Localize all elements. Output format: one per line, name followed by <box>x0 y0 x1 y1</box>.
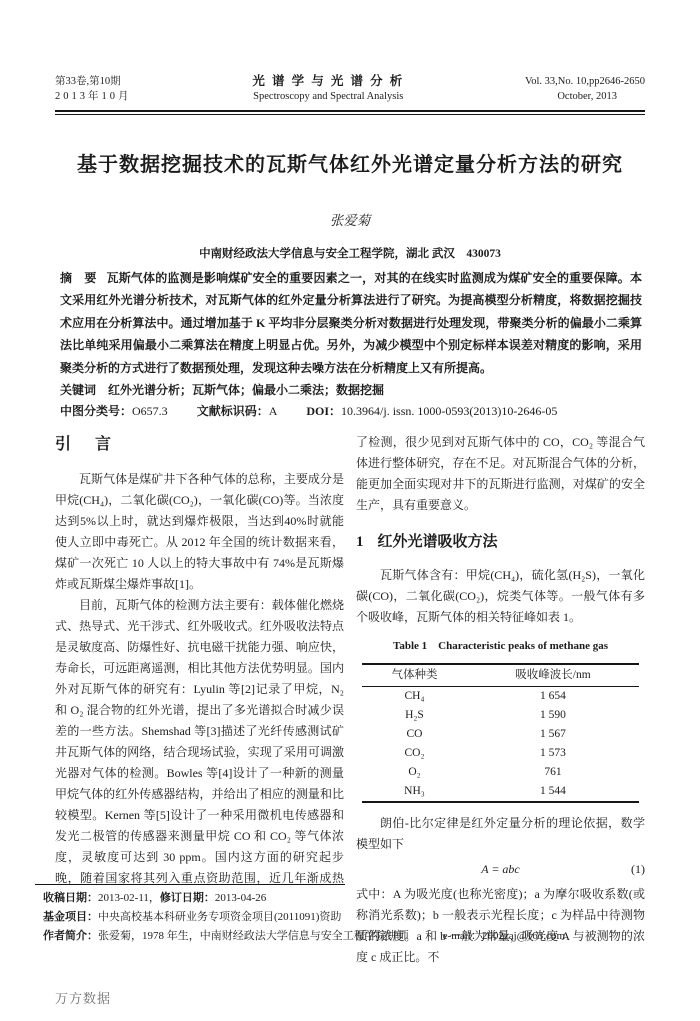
doi-value: 10.3964/j. issn. 1000-0593(2013)10-2646-… <box>341 404 557 418</box>
characteristic-peaks-table: 气体种类 吸收峰波长/nm CH₄ 1 654 H₂S 1 590 CO <box>362 663 639 803</box>
introduction-paragraph-2: 目前，瓦斯气体的检测方法主要有：载体催化燃烧式、热导式、光干涉式、红外吸收式。红… <box>55 595 344 888</box>
header-volume-issue: 第33卷,第10期 2013年10月 <box>55 74 132 104</box>
email-label: e-mail： <box>443 930 482 942</box>
gas-wavelength: 1 567 <box>467 725 639 744</box>
footnote-bio: 作者简介：张爱菊，1978 年生，中南财经政法大学信息与安全工程学院讲师e-ma… <box>35 927 667 946</box>
table-header-gas-type: 气体种类 <box>362 664 467 687</box>
gas-wavelength: 761 <box>467 763 639 782</box>
fund-text: 中央高校基本科研业务专项资金项目(2011091)资助 <box>98 911 341 923</box>
table-row: NH₃ 1 544 <box>362 782 639 802</box>
table-row: CO 1 567 <box>362 725 639 744</box>
journal-title-en: Spectroscopy and Spectral Analysis <box>252 89 404 104</box>
clc-value: O657.3 <box>132 404 168 418</box>
table-row: O₂ 761 <box>362 763 639 782</box>
header-journal-title: 光 谱 学 与 光 谱 分 析 Spectroscopy and Spectra… <box>252 74 404 104</box>
classification-line: 中图分类号：O657.3 文献标识码：A DOI：10.3964/j. issn… <box>60 402 642 419</box>
article-affiliation: 中南财经政法大学信息与安全工程学院，湖北 武汉 430073 <box>0 245 700 261</box>
wanfang-watermark: 万方数据 <box>55 988 111 1007</box>
gas-name: CH₄ <box>362 687 467 707</box>
doi-label: DOI： <box>306 404 341 418</box>
equation-expression: A = abc <box>481 859 520 880</box>
introduction-paragraph-1: 瓦斯气体是煤矿井下各种气体的总称，主要成分是甲烷(CH₄)，二氧化碳(CO₂)，… <box>55 469 344 595</box>
gas-wavelength: 1 590 <box>467 706 639 725</box>
gas-name: CO₂ <box>362 744 467 763</box>
received-label: 收稿日期： <box>43 892 98 904</box>
fund-label: 基金项目： <box>43 911 98 923</box>
revised-date: 2013-04-26 <box>215 892 266 904</box>
abstract-text: 瓦斯气体的监测是影响煤矿安全的重要因素之一，对其的在线实时监测成为煤矿安全的重要… <box>60 271 642 375</box>
left-column: 引 言 瓦斯气体是煤矿井下各种气体的总称，主要成分是甲烷(CH₄)，二氧化碳(C… <box>55 432 344 888</box>
section1-number: 1 <box>356 534 364 550</box>
received-date: 2013-02-11， <box>98 892 160 904</box>
table-row: CO₂ 1 573 <box>362 744 639 763</box>
section1-paragraph-2: 朗伯-比尔定律是红外定量分析的理论依据，数学模型如下 <box>356 813 645 855</box>
bio-label: 作者简介： <box>43 930 98 942</box>
article-title: 基于数据挖掘技术的瓦斯气体红外光谱定量分析方法的研究 <box>40 148 660 177</box>
abstract-label: 摘 要 <box>60 271 97 285</box>
keywords-text: 红外光谱分析；瓦斯气体；偏最小二乘法；数据挖掘 <box>108 383 384 397</box>
doc-code-label: 文献标识码： <box>197 404 269 418</box>
revised-label: 修订日期： <box>160 892 215 904</box>
section1-title: 红外光谱吸收方法 <box>378 534 498 550</box>
table-row: H₂S 1 590 <box>362 706 639 725</box>
gas-name: NH₃ <box>362 782 467 802</box>
abstract-block: 摘 要瓦斯气体的监测是影响煤矿安全的重要因素之一，对其的在线实时监测成为煤矿安全… <box>60 267 642 379</box>
gas-wavelength: 1 654 <box>467 687 639 707</box>
doc-code-value: A <box>269 404 278 418</box>
gas-name: CO <box>362 725 467 744</box>
gas-wavelength: 1 573 <box>467 744 639 763</box>
table1-caption: Table 1 Characteristic peaks of methane … <box>362 636 639 657</box>
footnote-block: 收稿日期：2013-02-11，修订日期：2013-04-26 基金项目：中央高… <box>35 884 667 946</box>
section1-paragraph-1: 瓦斯气体含有：甲烷(CH₄)，硫化氢(H₂S)，一氧化碳(CO)，二氧化碳(CO… <box>356 565 645 628</box>
keywords-label: 关键词 <box>60 383 96 397</box>
footnote-fund: 基金项目：中央高校基本科研业务专项资金项目(2011091)资助 <box>35 908 667 927</box>
continued-paragraph: 了检测，很少见到对瓦斯气体中的 CO，CO₂ 等混合气体进行整体研究，存在不足。… <box>356 432 645 516</box>
date-en: October, 2013 <box>525 89 645 104</box>
volume-issue-cn: 第33卷,第10期 <box>55 74 132 89</box>
equation-number: (1) <box>631 859 645 880</box>
volume-issue-en: Vol. 33,No. 10,pp2646-2650 <box>525 74 645 89</box>
gas-wavelength: 1 544 <box>467 782 639 802</box>
email-value: 2002zaj@163.com <box>482 930 565 942</box>
journal-header: 第33卷,第10期 2013年10月 光 谱 学 与 光 谱 分 析 Spect… <box>55 74 645 104</box>
gas-name: H₂S <box>362 706 467 725</box>
footnote-received: 收稿日期：2013-02-11，修订日期：2013-04-26 <box>35 889 667 908</box>
keywords-line: 关键词红外光谱分析；瓦斯气体；偏最小二乘法；数据挖掘 <box>60 381 642 398</box>
introduction-heading: 引 言 <box>55 434 344 455</box>
equation-1: A = abc (1) <box>356 859 645 880</box>
date-cn: 2013年10月 <box>55 89 132 104</box>
bio-text: 张爱菊，1978 年生，中南财经政法大学信息与安全工程学院讲师 <box>98 930 409 942</box>
table-row: CH₄ 1 654 <box>362 687 639 707</box>
gas-name: O₂ <box>362 763 467 782</box>
section1-heading: 1红外光谱吸收方法 <box>356 532 645 553</box>
footnote-rule <box>35 884 345 885</box>
header-volume-en: Vol. 33,No. 10,pp2646-2650 October, 2013 <box>525 74 645 104</box>
table1-block: Table 1 Characteristic peaks of methane … <box>362 636 639 803</box>
article-author: 张爱菊 <box>0 209 700 229</box>
header-divider-rule <box>55 110 645 115</box>
table-header-wavelength: 吸收峰波长/nm <box>467 664 639 687</box>
journal-title-cn: 光 谱 学 与 光 谱 分 析 <box>252 74 404 89</box>
table-header-row: 气体种类 吸收峰波长/nm <box>362 664 639 687</box>
clc-label: 中图分类号： <box>60 404 132 418</box>
